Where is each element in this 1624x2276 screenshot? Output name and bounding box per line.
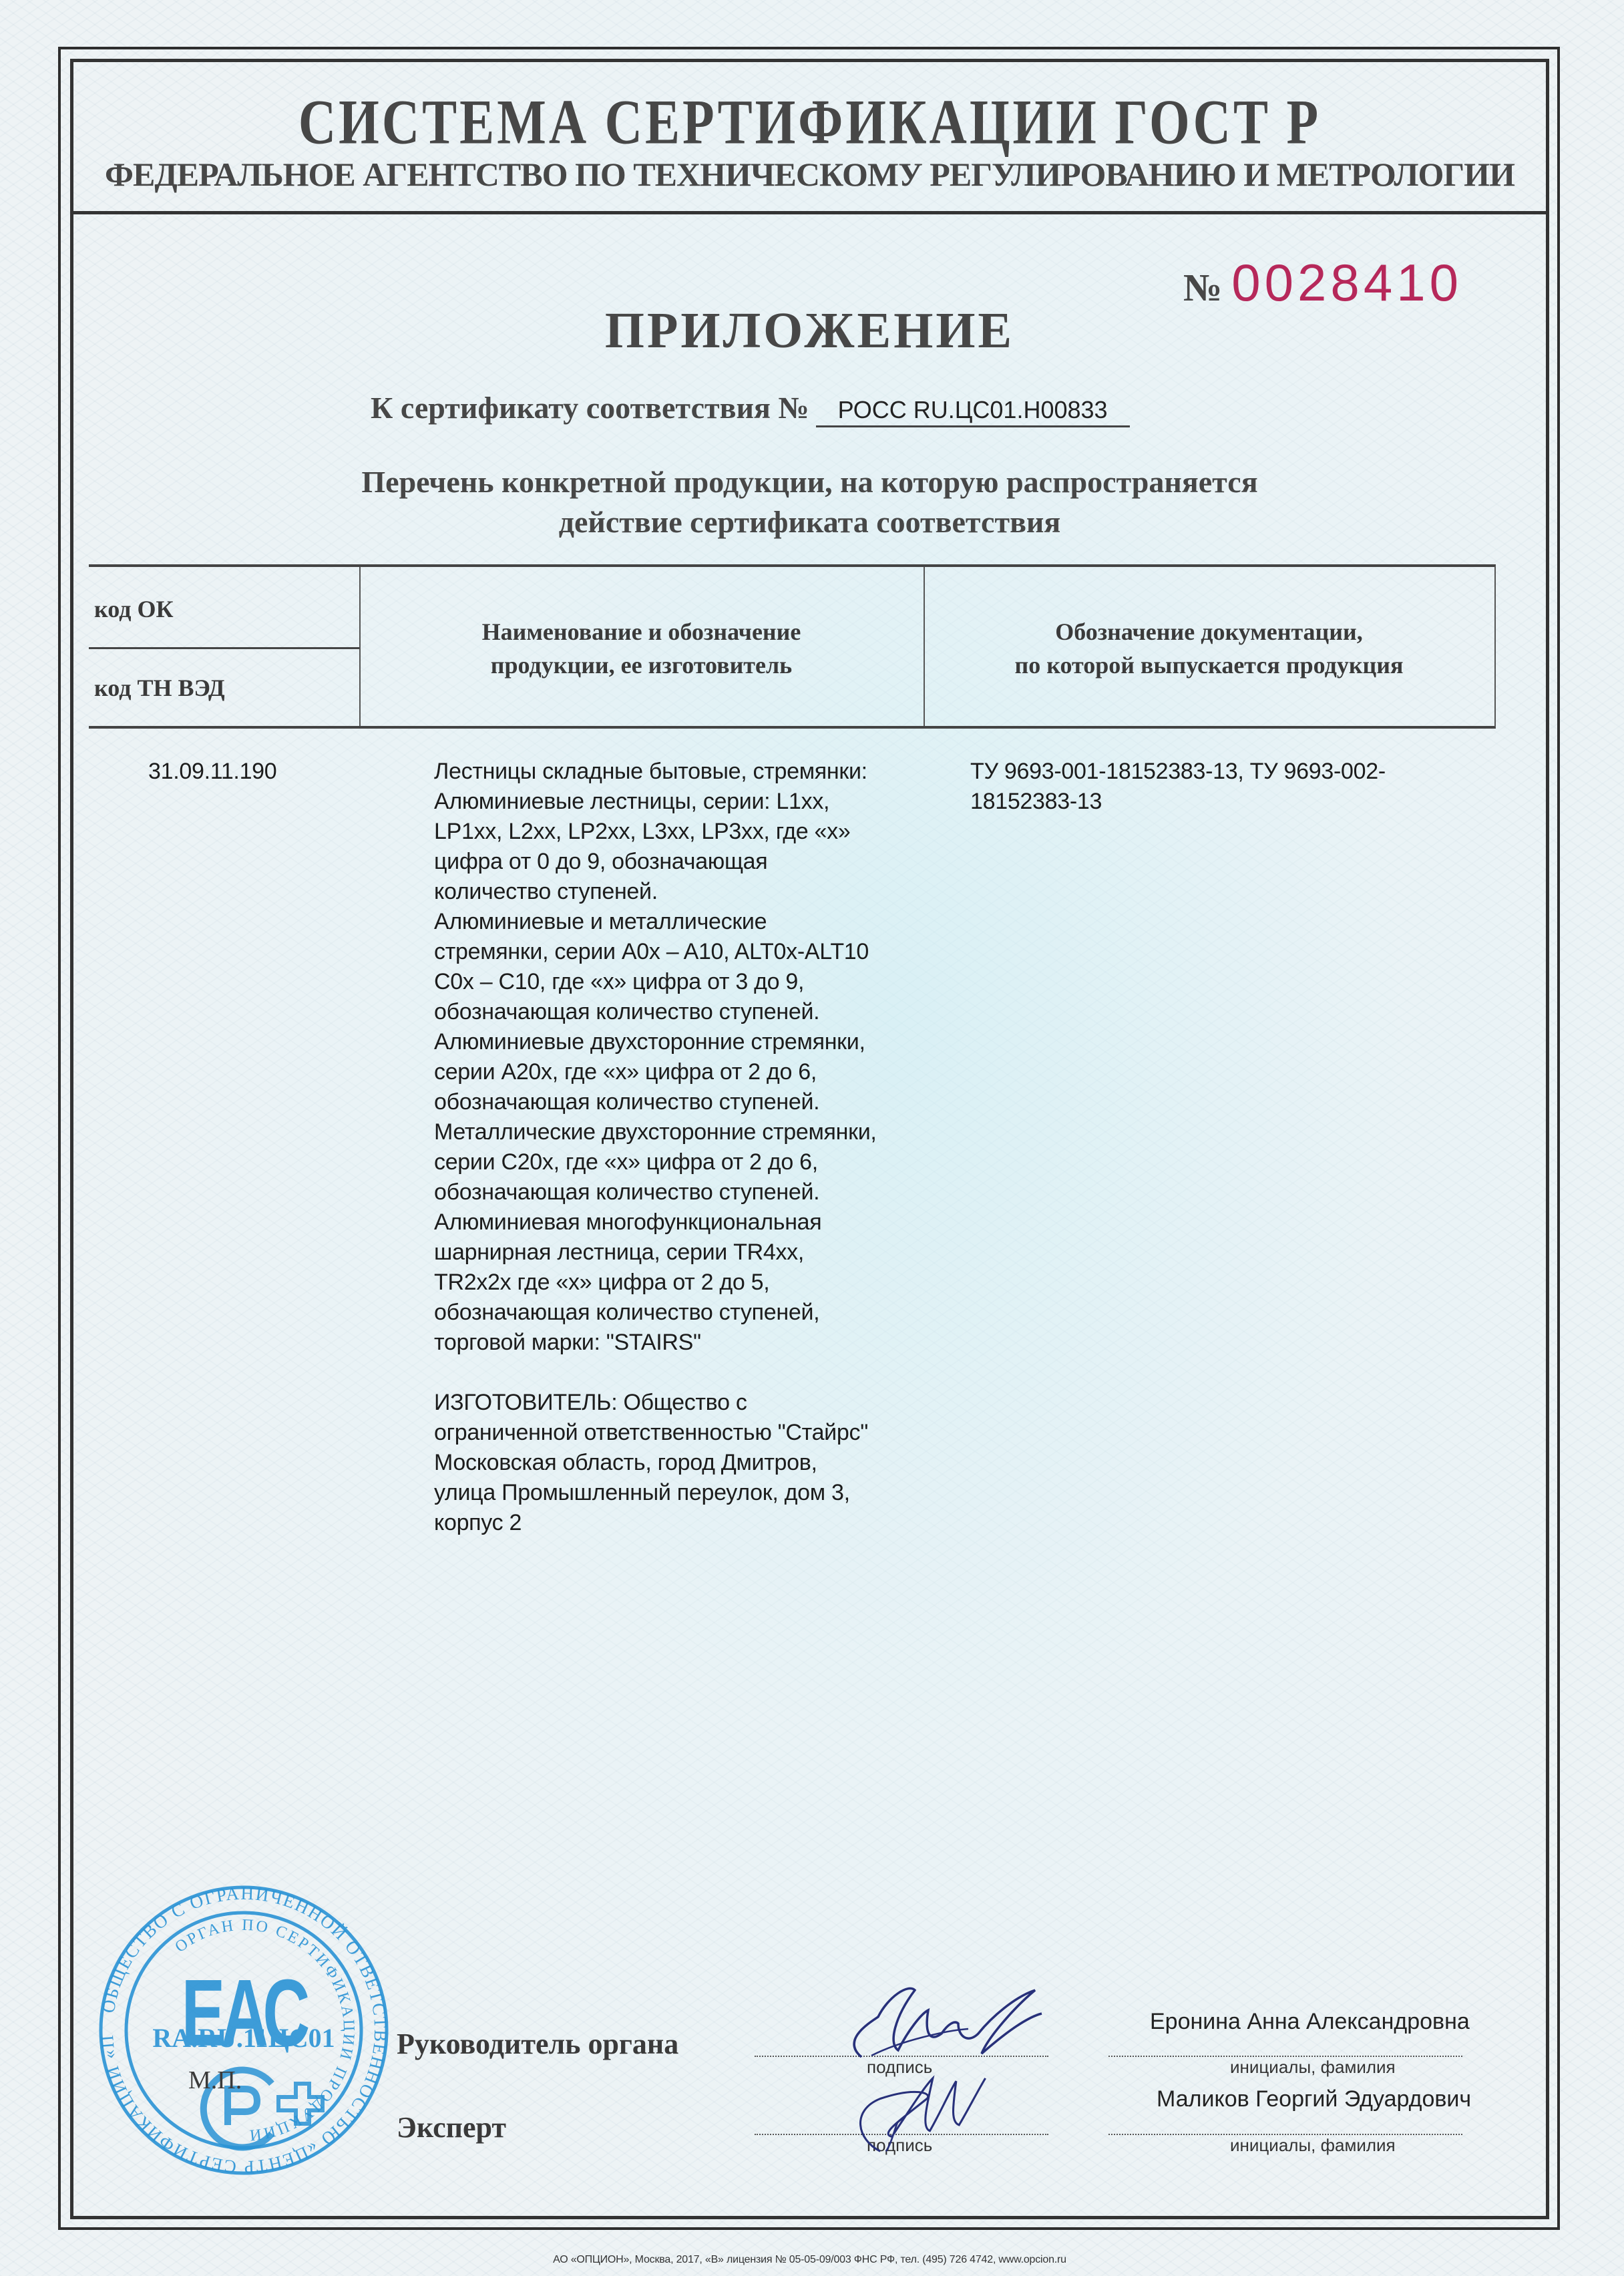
description-line: LP1xx, L2xx, LP2xx, L3xx, LP3xx, где «x» — [434, 817, 955, 847]
certificate-label: К сертификату соответствия № — [371, 391, 809, 425]
paragraph-gap — [434, 1358, 955, 1388]
description-line: количество ступеней. — [434, 877, 955, 907]
description-line: обозначающая количество ступеней. — [434, 1177, 955, 1207]
codes-divider — [89, 647, 359, 649]
description-line: серии C20x, где «x» цифра от 2 до 6, — [434, 1147, 955, 1177]
name-column: Наименование и обозначение продукции, ее… — [359, 567, 925, 726]
list-title-line1: Перечень конкретной продукции, на котору… — [73, 462, 1546, 502]
description-line: Металлические двухсторонние стремянки, — [434, 1117, 955, 1147]
docs-column: Обозначение документации, по которой вып… — [924, 567, 1494, 726]
documentation-line: ТУ 9693-001-18152383-13, ТУ 9693-002- — [970, 757, 1478, 787]
header-product-name-line2: продукции, ее изготовитель — [359, 648, 924, 682]
header-documentation: Обозначение документации, по которой вып… — [924, 615, 1494, 682]
header-documentation-line1: Обозначение документации, — [924, 615, 1494, 648]
certificate-number: РОСС RU.ЦС01.Н00833 — [816, 396, 1130, 427]
manufacturer-line: Московская область, город Дмитров, — [434, 1448, 955, 1478]
product-description: Лестницы складные бытовые, стремянки:Алю… — [434, 757, 955, 1538]
description-line: обозначающая количество ступеней, — [434, 1298, 955, 1328]
description-line: Алюминиевые двухсторонние стремянки, — [434, 1027, 955, 1057]
stamp-code: RA.RU.11ЦС01 — [152, 2023, 335, 2053]
header-code-ok: код ОК — [94, 595, 174, 623]
description-line: Алюминиевые и металлические — [434, 907, 955, 937]
header-divider — [73, 211, 1546, 214]
printer-imprint: АО «ОПЦИОН», Москва, 2017, «В» лицензия … — [73, 2254, 1546, 2266]
list-title: Перечень конкретной продукции, на котору… — [73, 462, 1546, 542]
documentation-lines: ТУ 9693-001-18152383-13, ТУ 9693-002-181… — [970, 757, 1478, 817]
role-expert: Эксперт — [397, 2110, 506, 2144]
seal-place-label: М.П. — [188, 2066, 242, 2095]
system-title: СИСТЕМА СЕРТИФИКАЦИИ ГОСТ Р — [73, 85, 1546, 159]
expert-name: Маликов Георгий Эдуардович — [1157, 2086, 1471, 2112]
role-head: Руководитель органа — [397, 2027, 678, 2061]
product-documentation: ТУ 9693-001-18152383-13, ТУ 9693-002-181… — [970, 757, 1478, 817]
manufacturer-line: ИЗГОТОВИТЕЛЬ: Общество с — [434, 1388, 955, 1418]
description-line: цифра от 0 до 9, обозначающая — [434, 847, 955, 877]
header-product-name-line1: Наименование и обозначение — [359, 615, 924, 648]
products-table-header: код ОК код ТН ВЭД Наименование и обознач… — [89, 564, 1496, 729]
codes-column: код ОК код ТН ВЭД — [89, 567, 361, 726]
description-line: стремянки, серии A0x – A10, ALT0x-ALT10 — [434, 937, 955, 967]
description-line: торговой марки: "STAIRS" — [434, 1328, 955, 1358]
description-line: Алюминиевая многофункциональная — [434, 1207, 955, 1238]
manufacturer-line: ограниченной ответственностью "Стайрс" — [434, 1418, 955, 1448]
description-line: Алюминиевые лестницы, серии: L1xx, — [434, 787, 955, 817]
header-product-name: Наименование и обозначение продукции, ее… — [359, 615, 924, 682]
manufacturer-lines: ИЗГОТОВИТЕЛЬ: Общество сограниченной отв… — [434, 1388, 955, 1538]
caption-name-head: инициалы, фамилия — [1230, 2057, 1396, 2078]
description-line: обозначающая количество ступеней. — [434, 997, 955, 1027]
certification-stamp: ОБЩЕСТВО С ОГРАНИЧЕННОЙ ОТВЕТСТВЕННОСТЬЮ… — [97, 1883, 391, 2177]
manufacturer-line: корпус 2 — [434, 1508, 955, 1538]
description-line: TR2x2x где «x» цифра от 2 до 5, — [434, 1268, 955, 1298]
header-code-tnved: код ТН ВЭД — [94, 674, 225, 702]
product-code: 31.09.11.190 — [148, 757, 276, 787]
description-line: обозначающая количество ступеней. — [434, 1087, 955, 1117]
caption-name-expert: инициалы, фамилия — [1230, 2135, 1396, 2156]
header-documentation-line2: по которой выпускается продукция — [924, 648, 1494, 682]
signature-head-icon — [815, 1977, 1102, 2070]
manufacturer-line: улица Промышленный переулок, дом 3, — [434, 1478, 955, 1508]
page-title: ПРИЛОЖЕНИЕ — [73, 302, 1546, 360]
list-title-line2: действие сертификата соответствия — [73, 502, 1546, 542]
signature-expert-icon — [775, 2064, 1062, 2157]
description-lines: Лестницы складные бытовые, стремянки:Алю… — [434, 757, 955, 1358]
certificate-reference: К сертификату соответствия №РОСС RU.ЦС01… — [371, 390, 1130, 427]
description-line: Лестницы складные бытовые, стремянки: — [434, 757, 955, 787]
description-line: C0x – C10, где «x» цифра от 3 до 9, — [434, 967, 955, 997]
agency-title: ФЕДЕРАЛЬНОЕ АГЕНТСТВО ПО ТЕХНИЧЕСКОМУ РЕ… — [73, 155, 1546, 194]
documentation-line: 18152383-13 — [970, 787, 1478, 817]
description-line: шарнирная лестница, серии TR4xx, — [434, 1238, 955, 1268]
description-line: серии A20x, где «x» цифра от 2 до 6, — [434, 1057, 955, 1087]
head-name: Еронина Анна Александровна — [1150, 2009, 1470, 2035]
